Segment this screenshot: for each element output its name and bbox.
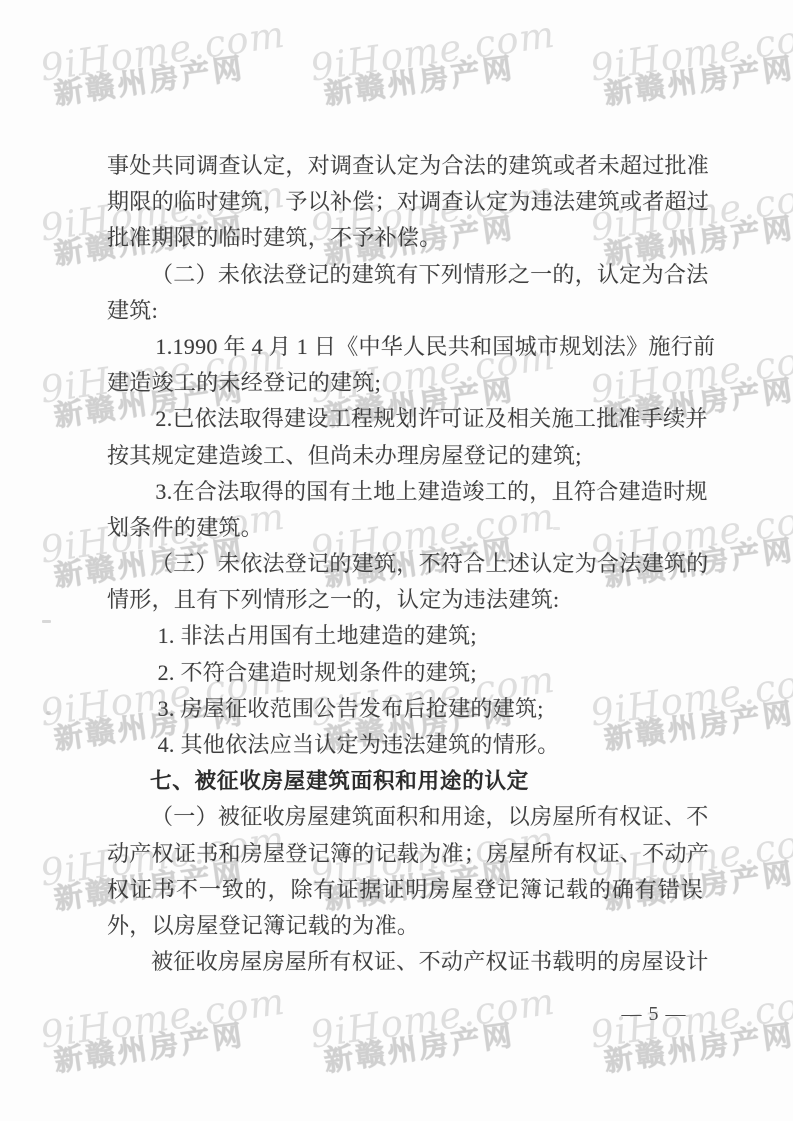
watermark: 9iHome.com新赣州房产网 <box>38 20 257 111</box>
watermark-brand-text: 9iHome.com <box>308 987 523 1053</box>
watermark: 9iHome.com新赣州房产网 <box>38 987 257 1078</box>
text-line: 事处共同调查认定，对调查认定为合法的建筑或者未超过批准 <box>107 148 703 184</box>
text-line: 建筑: <box>107 293 703 329</box>
watermark-brand-text: 9iHome.com <box>38 987 253 1053</box>
scan-artifact <box>46 711 51 715</box>
text-line: 划条件的建筑。 <box>107 510 703 546</box>
text-line: 外，以房屋登记簿记载的为准。 <box>107 908 703 944</box>
text-line: 2.已依法取得建设工程规划许可证及相关施工批准手续并 <box>107 401 703 437</box>
watermark: 9iHome.com新赣州房产网 <box>308 987 527 1078</box>
text-line: 建造竣工的未经登记的建筑; <box>107 365 703 401</box>
text-line: 3.在合法取得的国有土地上建造竣工的，且符合建造时规 <box>107 474 703 510</box>
scan-artifact <box>42 620 51 623</box>
watermark-site-name: 新赣州房产网 <box>592 52 793 112</box>
heading-line: 七、被征收房屋建筑面积和用途的认定 <box>107 763 703 799</box>
watermark-brand-text: 9iHome.com <box>308 20 523 86</box>
watermark-site-name: 新赣州房产网 <box>42 1019 256 1079</box>
watermark-brand-text: 9iHome.com <box>38 20 253 86</box>
watermark-brand-text: 9iHome.com <box>588 20 793 86</box>
text-line: 按其规定建造竣工、但尚未办理房屋登记的建筑; <box>107 438 703 474</box>
text-line: 4. 其他依法应当认定为违法建筑的情形。 <box>107 727 703 763</box>
watermark: 9iHome.com新赣州房产网 <box>588 20 793 111</box>
scan-artifact <box>553 527 560 530</box>
text-line: （二）未依法登记的建筑有下列情形之一的，认定为合法 <box>107 257 703 293</box>
document-body: 事处共同调查认定，对调查认定为合法的建筑或者未超过批准期限的临时建筑，予以补偿；… <box>107 148 703 980</box>
text-line: 1. 非法占用国有土地建造的建筑; <box>107 618 703 654</box>
watermark: 9iHome.com新赣州房产网 <box>308 20 527 111</box>
text-line: 期限的临时建筑，予以补偿；对调查认定为违法建筑或者超过 <box>107 184 703 220</box>
text-line: 批准期限的临时建筑，不予补偿。 <box>107 220 703 256</box>
text-line: 情形，且有下列情形之一的，认定为违法建筑: <box>107 582 703 618</box>
text-line: 权证书不一致的，除有证据证明房屋登记簿记载的确有错误 <box>107 872 703 908</box>
watermark-site-name: 新赣州房产网 <box>312 52 526 112</box>
text-line: （三）未依法登记的建筑，不符合上述认定为合法建筑的 <box>107 546 703 582</box>
text-line: 动产权证书和房屋登记簿的记载为准；房屋所有权证、不动产 <box>107 836 703 872</box>
text-line: 1.1990 年 4 月 1 日《中华人民共和国城市规划法》施行前 <box>107 329 703 365</box>
watermark-site-name: 新赣州房产网 <box>312 1019 526 1079</box>
document-page: 9iHome.com新赣州房产网9iHome.com新赣州房产网9iHome.c… <box>0 0 793 1121</box>
text-line: 被征收房屋房屋所有权证、不动产权证书载明的房屋设计 <box>107 944 703 980</box>
text-line: 3. 房屋征收范围公告发布后抢建的建筑; <box>107 691 703 727</box>
watermark-site-name: 新赣州房产网 <box>592 1019 793 1079</box>
text-line: （一）被征收房屋建筑面积和用途，以房屋所有权证、不 <box>107 799 703 835</box>
text-line: 2. 不符合建造时规划条件的建筑; <box>107 655 703 691</box>
page-number: — 5 — <box>612 1000 696 1028</box>
watermark-site-name: 新赣州房产网 <box>42 52 256 112</box>
